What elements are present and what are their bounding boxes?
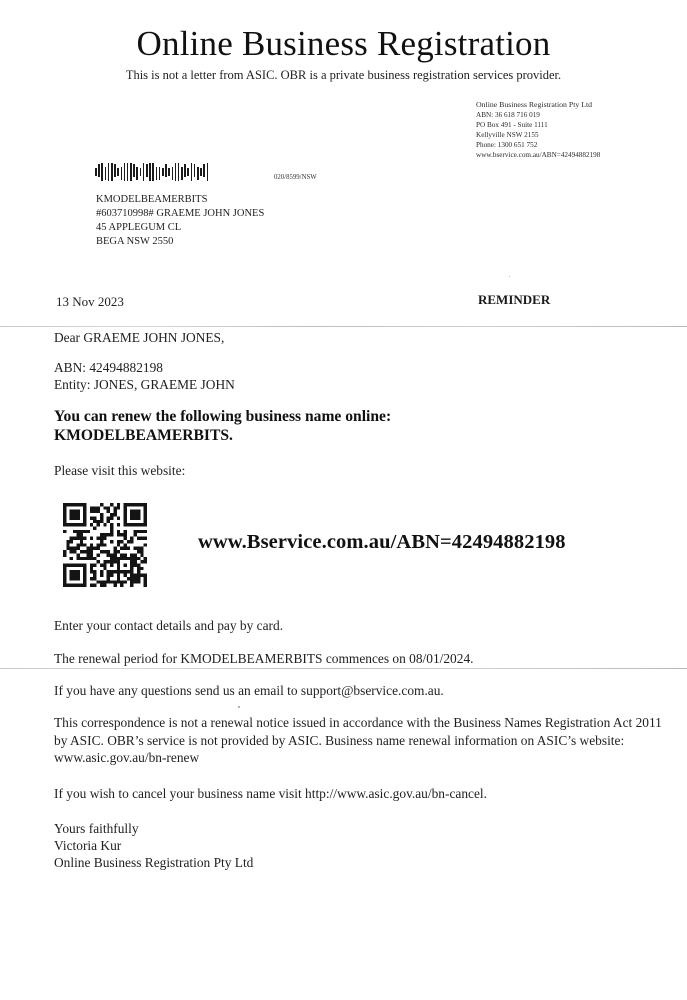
qr-code-icon[interactable]	[63, 503, 147, 587]
barcode-bar	[101, 163, 103, 181]
cancel-info: If you wish to cancel your business name…	[54, 786, 487, 802]
barcode-bar	[149, 163, 151, 181]
barcode-bar	[159, 167, 161, 180]
barcode-bar	[187, 168, 189, 176]
sender-abn: ABN: 36 618 716 019	[476, 110, 600, 120]
recipient-name: #603710998# GRAEME JOHN JONES	[96, 207, 264, 221]
headline-text: You can renew the following business nam…	[54, 407, 391, 426]
barcode-bar	[168, 168, 170, 176]
sender-website: www.bservice.com.au/ABN=42494882198	[476, 150, 600, 160]
barcode-bar	[140, 168, 142, 176]
closing: Yours faithfully	[54, 820, 664, 837]
sender-locality: Kellyville NSW 2155	[476, 130, 600, 140]
barcode-bar	[156, 167, 158, 180]
barcode-bar	[143, 163, 145, 181]
scan-speck	[238, 706, 240, 708]
barcode-bar	[98, 164, 100, 177]
fold-line	[0, 668, 687, 669]
barcode-bar	[203, 164, 205, 177]
barcode-bar	[178, 163, 180, 181]
sort-code: 020/8599/NSW	[274, 174, 317, 181]
signatory-company: Online Business Registration Pty Ltd	[54, 854, 664, 871]
sign-off: Yours faithfully Victoria Kur Online Bus…	[54, 820, 664, 871]
barcode-bar	[136, 167, 138, 180]
barcode-bar	[117, 168, 119, 176]
barcode-bar	[162, 168, 164, 176]
salutation: Dear GRAEME JOHN JONES,	[54, 330, 224, 346]
renewal-url[interactable]: www.Bservice.com.au/ABN=42494882198	[198, 531, 566, 554]
barcode-bar	[146, 164, 148, 177]
reminder-label: REMINDER	[478, 292, 550, 308]
payment-instructions: Enter your contact details and pay by ca…	[54, 618, 283, 634]
contact-info: If you have any questions send us an ema…	[54, 683, 444, 699]
letterhead-title: Online Business Registration	[0, 22, 687, 66]
barcode-bar	[105, 167, 107, 180]
sender-company: Online Business Registration Pty Ltd	[476, 100, 600, 110]
barcode-bar	[152, 163, 154, 181]
fold-line	[0, 326, 687, 327]
barcode-bar	[124, 163, 126, 181]
barcode-bar	[130, 163, 132, 181]
scan-speck	[509, 276, 510, 277]
recipient-address: KMODELBEAMERBITS #603710998# GRAEME JOHN…	[96, 193, 264, 249]
barcode-bar	[114, 164, 116, 177]
asic-disclaimer: This correspondence is not a renewal not…	[54, 714, 664, 767]
barcode-bar	[133, 164, 135, 177]
renewal-headline: You can renew the following business nam…	[54, 407, 391, 445]
signatory: Victoria Kur	[54, 837, 664, 854]
headline-business-name: KMODELBEAMERBITS.	[54, 426, 391, 445]
barcode-bar	[194, 164, 196, 177]
barcode-bar	[108, 163, 110, 181]
barcode-bar	[111, 163, 113, 181]
letter-date: 13 Nov 2023	[56, 294, 124, 310]
visit-prompt: Please visit this website:	[54, 463, 185, 479]
letterhead-disclaimer: This is not a letter from ASIC. OBR is a…	[0, 67, 687, 83]
barcode-bar	[191, 163, 193, 181]
barcode-bar	[181, 167, 183, 180]
barcode-bar	[121, 167, 123, 180]
sender-phone: Phone: 1300 651 752	[476, 140, 600, 150]
barcode-bar	[95, 168, 97, 176]
recipient-business-name: KMODELBEAMERBITS	[96, 193, 264, 207]
recipient-locality: BEGA NSW 2550	[96, 235, 264, 249]
barcode-bar	[172, 167, 174, 180]
abn-line: ABN: 42494882198	[54, 360, 163, 376]
renewal-period: The renewal period for KMODELBEAMERBITS …	[54, 651, 474, 667]
barcode-bar	[175, 163, 177, 181]
postal-barcode-icon	[95, 162, 208, 182]
sender-po-box: PO Box 491 - Suite 1111	[476, 120, 600, 130]
barcode-bar	[207, 163, 209, 181]
barcode-bar	[165, 164, 167, 177]
barcode-bar	[197, 167, 199, 180]
recipient-street: 45 APPLEGUM CL	[96, 221, 264, 235]
barcode-bar	[184, 164, 186, 177]
entity-line: Entity: JONES, GRAEME JOHN	[54, 377, 235, 393]
barcode-bar	[127, 163, 129, 181]
barcode-bar	[200, 168, 202, 176]
sender-details: Online Business Registration Pty Ltd ABN…	[476, 100, 600, 161]
